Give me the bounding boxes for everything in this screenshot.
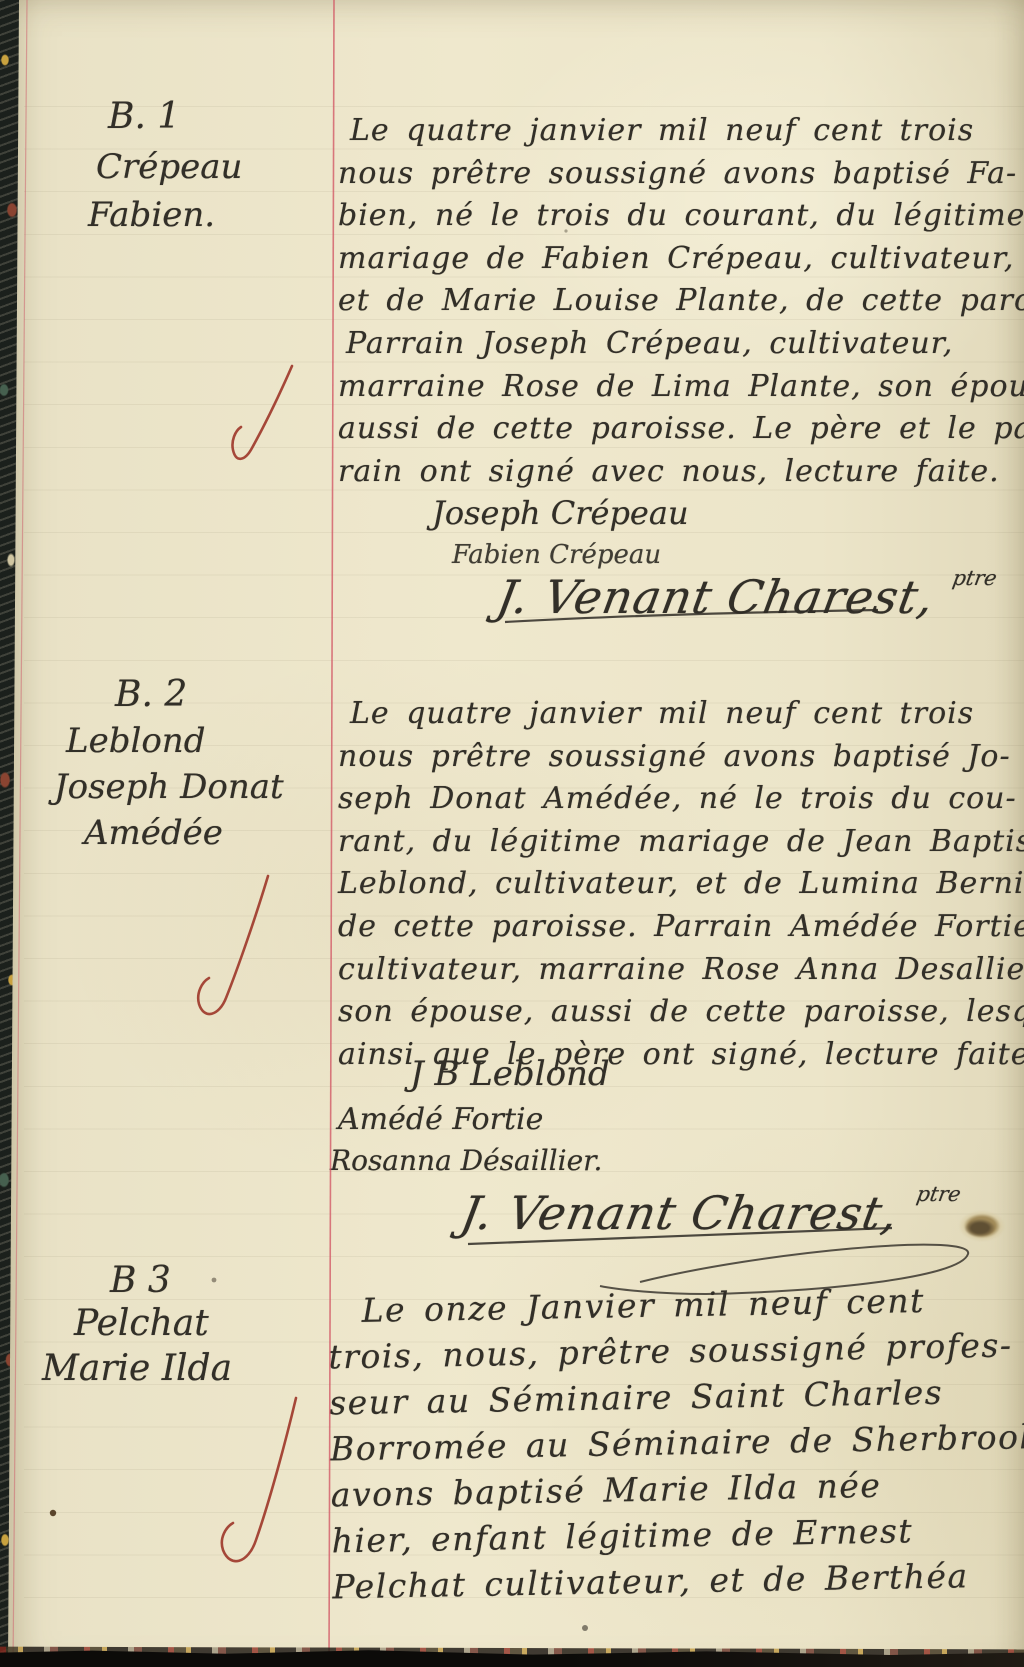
entry2-line: son épouse, aussi de cette paroisse, les… bbox=[338, 991, 1024, 1034]
officiant-name: J. Venant Charest, bbox=[457, 1186, 903, 1240]
entry2-line: nous prêtre soussigné avons baptisé Jo- bbox=[338, 736, 1024, 779]
ink-speck bbox=[50, 1510, 56, 1516]
entry3-given-name: Marie Ilda bbox=[42, 1350, 232, 1388]
officiant-title-abbr: ptre bbox=[951, 566, 999, 590]
officiant-signature: J. Venant Charest, ptre bbox=[457, 1182, 963, 1240]
entry2-given-name2: Amédée bbox=[84, 816, 223, 852]
entry1-line: et de Marie Louise Plante, de cette paro… bbox=[338, 280, 1024, 323]
entry1-line: marraine Rose de Lima Plante, son épouse… bbox=[338, 366, 1024, 409]
entry1-number: B. 1 bbox=[108, 98, 180, 136]
officiant-signature: J. Venant Charest, ptre bbox=[493, 566, 999, 624]
entry1-line: Le quatre janvier mil neuf cent trois bbox=[338, 110, 1024, 153]
red-checkmark-2 bbox=[198, 876, 268, 1014]
red-checkmark-1 bbox=[232, 366, 292, 459]
red-checkmark-3 bbox=[222, 1398, 296, 1561]
signature-father: J B Leblond bbox=[410, 1054, 610, 1094]
entry3-number: B 3 bbox=[110, 1262, 171, 1300]
entry2-line: Leblond, cultivateur, et de Lumina Berni… bbox=[338, 863, 1024, 906]
entry2-line: cultivateur, marraine Rose Anna Desallie… bbox=[338, 949, 1024, 992]
entry2-line: seph Donat Amédée, né le trois du cou- bbox=[338, 778, 1024, 821]
entry1-line: bien, né le trois du courant, du légitim… bbox=[338, 195, 1024, 238]
signature-godfather: Amédé Fortie bbox=[338, 1102, 543, 1137]
entry1-body: Le quatre janvier mil neuf cent trois no… bbox=[338, 110, 1024, 493]
book-binding-edge bbox=[0, 0, 19, 1667]
entry1-line: mariage de Fabien Crépeau, cultivateur, bbox=[338, 238, 1024, 281]
entry3-body: Le onze Janvier mil neuf cent trois, nou… bbox=[327, 1276, 1024, 1611]
ink-speck bbox=[212, 1278, 217, 1283]
entry2-line: rant, du légitime mariage de Jean Baptis… bbox=[338, 821, 1024, 864]
entry1-given-name: Fabien. bbox=[88, 198, 215, 234]
entry2-surname: Leblond bbox=[66, 724, 205, 760]
signature-father-godfather: Joseph Crépeau bbox=[432, 494, 689, 532]
officiant-name: J. Venant Charest, bbox=[493, 570, 939, 624]
entry1-line: Parrain Joseph Crépeau, cultivateur, bbox=[338, 323, 1024, 366]
entry3-surname: Pelchat bbox=[74, 1305, 209, 1343]
register-page-scan: B. 1 Crépeau Fabien. Le quatre janvier m… bbox=[0, 0, 1024, 1667]
signature-godmother: Rosanna Désaillier. bbox=[330, 1144, 602, 1177]
entry1-surname: Crépeau bbox=[96, 150, 242, 186]
entry2-line: de cette paroisse. Parrain Amédée Fortie… bbox=[338, 906, 1024, 949]
paper-tear bbox=[950, 1198, 1012, 1256]
entry2-line: Le quatre janvier mil neuf cent trois bbox=[338, 693, 1024, 736]
entry2-number: B. 2 bbox=[115, 676, 187, 714]
ink-speck bbox=[582, 1625, 588, 1631]
entry2-body: Le quatre janvier mil neuf cent trois no… bbox=[338, 693, 1024, 1076]
entry1-line: rain ont signé avec nous, lecture faite. bbox=[338, 451, 1024, 494]
entry1-line: nous prêtre soussigné avons baptisé Fa- bbox=[338, 153, 1024, 196]
entry1-line: aussi de cette paroisse. Le père et le p… bbox=[338, 408, 1024, 451]
entry2-given-name: Joseph Donat bbox=[54, 770, 284, 806]
